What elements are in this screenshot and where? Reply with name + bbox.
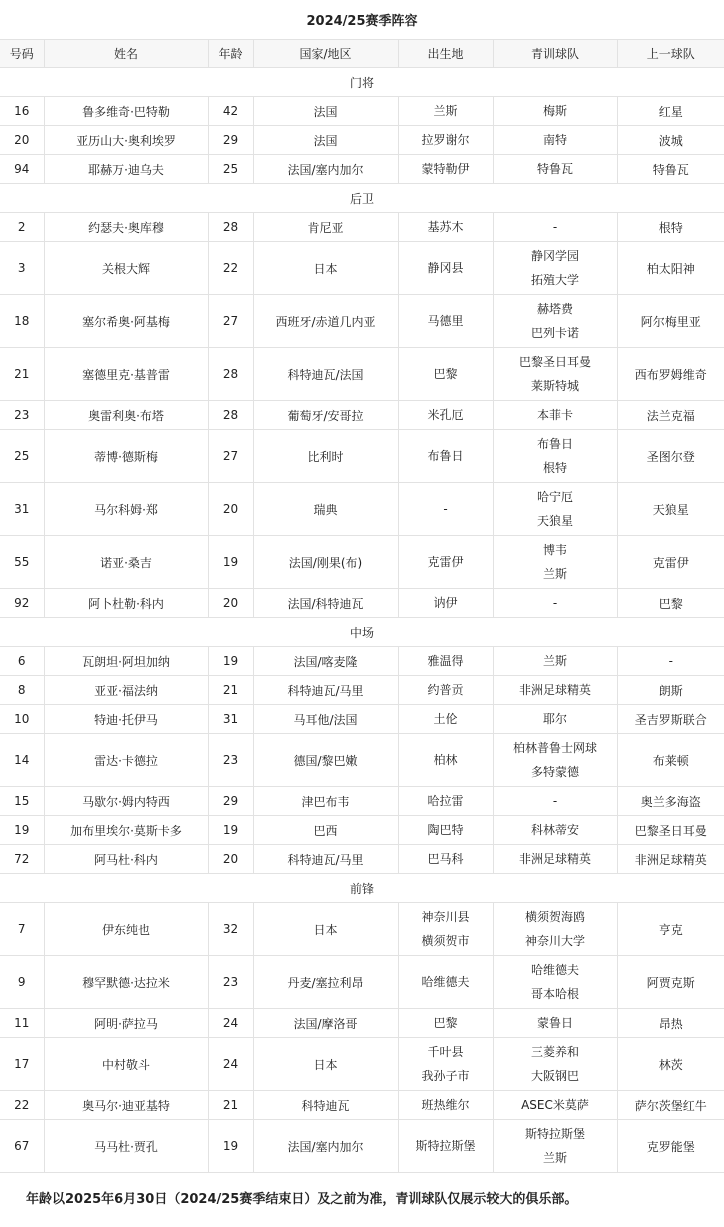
previous-club-cell: - — [617, 647, 724, 676]
squad-table: 号码 姓名 年龄 国家/地区 出生地 青训球队 上一球队 门将16鲁多维奇·巴特… — [0, 39, 724, 1173]
nation-cell: 巴西 — [253, 816, 398, 845]
birthplace-cell: 柏林 — [398, 734, 493, 787]
youth-club-cell-line: 科林蒂安 — [496, 818, 615, 842]
name-cell: 亚历山大·奥利埃罗 — [44, 126, 208, 155]
number-cell: 20 — [0, 126, 44, 155]
birthplace-cell-line: 土伦 — [401, 707, 491, 731]
birthplace-cell-line: 讷伊 — [401, 591, 491, 615]
name-cell: 约瑟夫·奥库穆 — [44, 213, 208, 242]
birthplace-cell-line: 班热维尔 — [401, 1093, 491, 1117]
birthplace-cell-line: 巴黎 — [401, 362, 491, 386]
birthplace-cell: 神奈川县横须贺市 — [398, 903, 493, 956]
youth-club-cell: - — [493, 787, 617, 816]
table-row: 6瓦朗坦·阿坦加纳19法国/喀麦隆雅温得兰斯- — [0, 647, 724, 676]
birthplace-cell: 马德里 — [398, 295, 493, 348]
section-row: 门将 — [0, 68, 724, 97]
birthplace-cell: 千叶县我孙子市 — [398, 1038, 493, 1091]
number-cell: 72 — [0, 845, 44, 874]
birthplace-cell-line: 我孙子市 — [401, 1064, 491, 1088]
youth-club-cell: 哈宁厄天狼星 — [493, 483, 617, 536]
birthplace-cell-line: 蒙特勒伊 — [401, 157, 491, 181]
section-label: 后卫 — [0, 184, 724, 213]
birthplace-cell: 蒙特勒伊 — [398, 155, 493, 184]
youth-club-cell-line: - — [496, 215, 615, 239]
age-cell: 29 — [208, 126, 253, 155]
name-cell: 塞尔希奥·阿基梅 — [44, 295, 208, 348]
previous-club-cell: 克罗能堡 — [617, 1120, 724, 1173]
age-cell: 19 — [208, 1120, 253, 1173]
youth-club-cell: 本菲卡 — [493, 401, 617, 430]
birthplace-cell-line: 马德里 — [401, 309, 491, 333]
table-row: 20亚历山大·奥利埃罗29法国拉罗谢尔南特波城 — [0, 126, 724, 155]
name-cell: 穆罕默德·达拉米 — [44, 956, 208, 1009]
nation-cell: 科特迪瓦/法国 — [253, 348, 398, 401]
youth-club-cell: 科林蒂安 — [493, 816, 617, 845]
table-row: 92阿卜杜勒·科内20法国/科特迪瓦讷伊-巴黎 — [0, 589, 724, 618]
name-cell: 加布里埃尔·莫斯卡多 — [44, 816, 208, 845]
nation-cell: 法国/塞内加尔 — [253, 1120, 398, 1173]
birthplace-cell-line: 巴黎 — [401, 1011, 491, 1035]
col-header-nation: 国家/地区 — [253, 40, 398, 68]
section-label: 前锋 — [0, 874, 724, 903]
table-row: 15马歇尔·姆内特西29津巴布韦哈拉雷-奥兰多海盗 — [0, 787, 724, 816]
previous-club-cell: 克雷伊 — [617, 536, 724, 589]
youth-club-cell-line: 静冈学园 — [496, 244, 615, 268]
name-cell: 瓦朗坦·阿坦加纳 — [44, 647, 208, 676]
table-row: 2约瑟夫·奥库穆28肯尼亚基苏木-根特 — [0, 213, 724, 242]
number-cell: 6 — [0, 647, 44, 676]
nation-cell: 日本 — [253, 1038, 398, 1091]
youth-club-cell-line: 哈宁厄 — [496, 485, 615, 509]
youth-club-cell-line: 耶尔 — [496, 707, 615, 731]
youth-club-cell-line: 神奈川大学 — [496, 929, 615, 953]
previous-club-cell: 特鲁瓦 — [617, 155, 724, 184]
age-cell: 23 — [208, 956, 253, 1009]
youth-club-cell-line: 兰斯 — [496, 1146, 615, 1170]
birthplace-cell: 拉罗谢尔 — [398, 126, 493, 155]
youth-club-cell-line: 非洲足球精英 — [496, 847, 615, 871]
previous-club-cell: 根特 — [617, 213, 724, 242]
previous-club-cell: 林茨 — [617, 1038, 724, 1091]
nation-cell: 法国 — [253, 126, 398, 155]
nation-cell: 科特迪瓦/马里 — [253, 845, 398, 874]
youth-club-cell-line: 布鲁日 — [496, 432, 615, 456]
number-cell: 11 — [0, 1009, 44, 1038]
youth-club-cell-line: 特鲁瓦 — [496, 157, 615, 181]
previous-club-cell: 奥兰多海盗 — [617, 787, 724, 816]
youth-club-cell-line: 博韦 — [496, 538, 615, 562]
youth-club-cell: 布鲁日根特 — [493, 430, 617, 483]
youth-club-cell: 梅斯 — [493, 97, 617, 126]
age-cell: 29 — [208, 787, 253, 816]
nation-cell: 日本 — [253, 903, 398, 956]
number-cell: 31 — [0, 483, 44, 536]
table-row: 21塞德里克·基普雷28科特迪瓦/法国巴黎巴黎圣日耳曼莱斯特城西布罗姆维奇 — [0, 348, 724, 401]
name-cell: 马歇尔·姆内特西 — [44, 787, 208, 816]
birthplace-cell: 约普贡 — [398, 676, 493, 705]
nation-cell: 西班牙/赤道几内亚 — [253, 295, 398, 348]
youth-club-cell: 三菱养和大阪钢巴 — [493, 1038, 617, 1091]
birthplace-cell-line: - — [401, 497, 491, 521]
previous-club-cell: 阿贾克斯 — [617, 956, 724, 1009]
birthplace-cell: 米孔厄 — [398, 401, 493, 430]
youth-club-cell-line: 兰斯 — [496, 562, 615, 586]
birthplace-cell: 巴马科 — [398, 845, 493, 874]
birthplace-cell-line: 斯特拉斯堡 — [401, 1134, 491, 1158]
number-cell: 67 — [0, 1120, 44, 1173]
youth-club-cell-line: 巴列卡诺 — [496, 321, 615, 345]
name-cell: 诺亚·桑吉 — [44, 536, 208, 589]
number-cell: 94 — [0, 155, 44, 184]
age-cell: 20 — [208, 845, 253, 874]
table-row: 14雷达·卡德拉23德国/黎巴嫩柏林柏林普鲁士网球多特蒙德布莱顿 — [0, 734, 724, 787]
number-cell: 21 — [0, 348, 44, 401]
birthplace-cell-line: 基苏木 — [401, 215, 491, 239]
age-cell: 21 — [208, 676, 253, 705]
youth-club-cell-line: 拓殖大学 — [496, 268, 615, 292]
youth-club-cell: 横须贺海鸥神奈川大学 — [493, 903, 617, 956]
nation-cell: 法国/刚果(布) — [253, 536, 398, 589]
table-row: 3关根大辉22日本静冈县静冈学园拓殖大学柏太阳神 — [0, 242, 724, 295]
number-cell: 2 — [0, 213, 44, 242]
number-cell: 10 — [0, 705, 44, 734]
youth-club-cell-line: 赫塔费 — [496, 297, 615, 321]
section-row: 前锋 — [0, 874, 724, 903]
name-cell: 阿卜杜勒·科内 — [44, 589, 208, 618]
youth-club-cell-line: 莱斯特城 — [496, 374, 615, 398]
previous-club-cell: 昂热 — [617, 1009, 724, 1038]
previous-club-cell: 非洲足球精英 — [617, 845, 724, 874]
age-cell: 42 — [208, 97, 253, 126]
youth-club-cell-line: 多特蒙德 — [496, 760, 615, 784]
age-cell: 25 — [208, 155, 253, 184]
nation-cell: 津巴布韦 — [253, 787, 398, 816]
previous-club-cell: 波城 — [617, 126, 724, 155]
age-cell: 28 — [208, 213, 253, 242]
youth-club-cell: 非洲足球精英 — [493, 845, 617, 874]
youth-club-cell-line: - — [496, 591, 615, 615]
youth-club-cell-line: 哥本哈根 — [496, 982, 615, 1006]
col-header-youth-club: 青训球队 — [493, 40, 617, 68]
birthplace-cell-line: 米孔厄 — [401, 403, 491, 427]
table-row: 72阿马杜·科内20科特迪瓦/马里巴马科非洲足球精英非洲足球精英 — [0, 845, 724, 874]
youth-club-cell: 斯特拉斯堡兰斯 — [493, 1120, 617, 1173]
age-cell: 19 — [208, 647, 253, 676]
birthplace-cell: 雅温得 — [398, 647, 493, 676]
section-row: 中场 — [0, 618, 724, 647]
youth-club-cell-line: 斯特拉斯堡 — [496, 1122, 615, 1146]
birthplace-cell-line: 陶巴特 — [401, 818, 491, 842]
table-row: 8亚亚·福法纳21科特迪瓦/马里约普贡非洲足球精英朗斯 — [0, 676, 724, 705]
nation-cell: 科特迪瓦 — [253, 1091, 398, 1120]
name-cell: 特迪·托伊马 — [44, 705, 208, 734]
birthplace-cell: 巴黎 — [398, 348, 493, 401]
youth-club-cell: 特鲁瓦 — [493, 155, 617, 184]
name-cell: 奥雷利奥·布塔 — [44, 401, 208, 430]
birthplace-cell-line: 哈拉雷 — [401, 789, 491, 813]
birthplace-cell-line: 巴马科 — [401, 847, 491, 871]
birthplace-cell: 讷伊 — [398, 589, 493, 618]
nation-cell: 葡萄牙/安哥拉 — [253, 401, 398, 430]
number-cell: 92 — [0, 589, 44, 618]
col-header-name: 姓名 — [44, 40, 208, 68]
age-cell: 22 — [208, 242, 253, 295]
col-header-number: 号码 — [0, 40, 44, 68]
table-row: 18塞尔希奥·阿基梅27西班牙/赤道几内亚马德里赫塔费巴列卡诺阿尔梅里亚 — [0, 295, 724, 348]
name-cell: 雷达·卡德拉 — [44, 734, 208, 787]
nation-cell: 法国/塞内加尔 — [253, 155, 398, 184]
previous-club-cell: 天狼星 — [617, 483, 724, 536]
age-cell: 21 — [208, 1091, 253, 1120]
footnote: 年龄以2025年6月30日（2024/25赛季结束日）及之前为准，青训球队仅展示… — [0, 1173, 724, 1207]
age-cell: 24 — [208, 1038, 253, 1091]
number-cell: 8 — [0, 676, 44, 705]
header-row: 号码 姓名 年龄 国家/地区 出生地 青训球队 上一球队 — [0, 40, 724, 68]
birthplace-cell: 哈拉雷 — [398, 787, 493, 816]
age-cell: 28 — [208, 401, 253, 430]
birthplace-cell: 陶巴特 — [398, 816, 493, 845]
youth-club-cell-line: 柏林普鲁士网球 — [496, 736, 615, 760]
age-cell: 23 — [208, 734, 253, 787]
name-cell: 阿明·萨拉马 — [44, 1009, 208, 1038]
birthplace-cell: 布鲁日 — [398, 430, 493, 483]
youth-club-cell-line: 南特 — [496, 128, 615, 152]
birthplace-cell-line: 横须贺市 — [401, 929, 491, 953]
age-cell: 19 — [208, 816, 253, 845]
section-label: 门将 — [0, 68, 724, 97]
name-cell: 马尔科姆·郑 — [44, 483, 208, 536]
previous-club-cell: 朗斯 — [617, 676, 724, 705]
table-row: 55诺亚·桑吉19法国/刚果(布)克雷伊博韦兰斯克雷伊 — [0, 536, 724, 589]
table-row: 19加布里埃尔·莫斯卡多19巴西陶巴特科林蒂安巴黎圣日耳曼 — [0, 816, 724, 845]
nation-cell: 比利时 — [253, 430, 398, 483]
name-cell: 亚亚·福法纳 — [44, 676, 208, 705]
age-cell: 19 — [208, 536, 253, 589]
number-cell: 15 — [0, 787, 44, 816]
birthplace-cell-line: 兰斯 — [401, 99, 491, 123]
number-cell: 19 — [0, 816, 44, 845]
birthplace-cell: 土伦 — [398, 705, 493, 734]
youth-club-cell: 巴黎圣日耳曼莱斯特城 — [493, 348, 617, 401]
section-label: 中场 — [0, 618, 724, 647]
previous-club-cell: 柏太阳神 — [617, 242, 724, 295]
table-title: 2024/25赛季阵容 — [0, 0, 724, 39]
previous-club-cell: 法兰克福 — [617, 401, 724, 430]
age-cell: 27 — [208, 295, 253, 348]
name-cell: 马马杜·贾孔 — [44, 1120, 208, 1173]
nation-cell: 马耳他/法国 — [253, 705, 398, 734]
number-cell: 7 — [0, 903, 44, 956]
previous-club-cell: 巴黎 — [617, 589, 724, 618]
youth-club-cell: 博韦兰斯 — [493, 536, 617, 589]
age-cell: 31 — [208, 705, 253, 734]
name-cell: 塞德里克·基普雷 — [44, 348, 208, 401]
birthplace-cell-line: 约普贡 — [401, 678, 491, 702]
table-row: 23奥雷利奥·布塔28葡萄牙/安哥拉米孔厄本菲卡法兰克福 — [0, 401, 724, 430]
name-cell: 奥马尔·迪亚基特 — [44, 1091, 208, 1120]
age-cell: 20 — [208, 483, 253, 536]
number-cell: 17 — [0, 1038, 44, 1091]
birthplace-cell: 班热维尔 — [398, 1091, 493, 1120]
birthplace-cell: 哈维德夫 — [398, 956, 493, 1009]
youth-club-cell-line: 根特 — [496, 456, 615, 480]
nation-cell: 法国 — [253, 97, 398, 126]
nation-cell: 丹麦/塞拉利昂 — [253, 956, 398, 1009]
youth-club-cell: 兰斯 — [493, 647, 617, 676]
previous-club-cell: 圣图尔登 — [617, 430, 724, 483]
number-cell: 14 — [0, 734, 44, 787]
youth-club-cell-line: - — [496, 789, 615, 813]
number-cell: 25 — [0, 430, 44, 483]
birthplace-cell-line: 柏林 — [401, 748, 491, 772]
table-row: 67马马杜·贾孔19法国/塞内加尔斯特拉斯堡斯特拉斯堡兰斯克罗能堡 — [0, 1120, 724, 1173]
youth-club-cell: 静冈学园拓殖大学 — [493, 242, 617, 295]
number-cell: 55 — [0, 536, 44, 589]
youth-club-cell-line: 天狼星 — [496, 509, 615, 533]
youth-club-cell: 非洲足球精英 — [493, 676, 617, 705]
birthplace-cell-line: 拉罗谢尔 — [401, 128, 491, 152]
birthplace-cell-line: 神奈川县 — [401, 905, 491, 929]
name-cell: 关根大辉 — [44, 242, 208, 295]
youth-club-cell-line: 非洲足球精英 — [496, 678, 615, 702]
previous-club-cell: 圣吉罗斯联合 — [617, 705, 724, 734]
number-cell: 18 — [0, 295, 44, 348]
birthplace-cell: 巴黎 — [398, 1009, 493, 1038]
birthplace-cell-line: 布鲁日 — [401, 444, 491, 468]
name-cell: 伊东纯也 — [44, 903, 208, 956]
nation-cell: 肯尼亚 — [253, 213, 398, 242]
youth-club-cell: 耶尔 — [493, 705, 617, 734]
nation-cell: 法国/喀麦隆 — [253, 647, 398, 676]
nation-cell: 法国/科特迪瓦 — [253, 589, 398, 618]
squad-body: 门将16鲁多维奇·巴特勒42法国兰斯梅斯红星20亚历山大·奥利埃罗29法国拉罗谢… — [0, 68, 724, 1173]
table-row: 7伊东纯也32日本神奈川县横须贺市横须贺海鸥神奈川大学亨克 — [0, 903, 724, 956]
youth-club-cell-line: 大阪钢巴 — [496, 1064, 615, 1088]
birthplace-cell: 克雷伊 — [398, 536, 493, 589]
number-cell: 3 — [0, 242, 44, 295]
name-cell: 蒂博·德斯梅 — [44, 430, 208, 483]
previous-club-cell: 巴黎圣日耳曼 — [617, 816, 724, 845]
table-row: 11阿明·萨拉马24法国/摩洛哥巴黎蒙鲁日昂热 — [0, 1009, 724, 1038]
birthplace-cell: 斯特拉斯堡 — [398, 1120, 493, 1173]
birthplace-cell: 静冈县 — [398, 242, 493, 295]
number-cell: 22 — [0, 1091, 44, 1120]
youth-club-cell-line: 兰斯 — [496, 649, 615, 673]
birthplace-cell-line: 千叶县 — [401, 1040, 491, 1064]
name-cell: 阿马杜·科内 — [44, 845, 208, 874]
youth-club-cell-line: 三菱养和 — [496, 1040, 615, 1064]
youth-club-cell: 哈维德夫哥本哈根 — [493, 956, 617, 1009]
nation-cell: 德国/黎巴嫩 — [253, 734, 398, 787]
youth-club-cell: 蒙鲁日 — [493, 1009, 617, 1038]
youth-club-cell: - — [493, 213, 617, 242]
birthplace-cell: - — [398, 483, 493, 536]
youth-club-cell-line: 哈维德夫 — [496, 958, 615, 982]
age-cell: 20 — [208, 589, 253, 618]
nation-cell: 日本 — [253, 242, 398, 295]
birthplace-cell-line: 静冈县 — [401, 256, 491, 280]
youth-club-cell: - — [493, 589, 617, 618]
youth-club-cell-line: 梅斯 — [496, 99, 615, 123]
table-row: 17中村敬斗24日本千叶县我孙子市三菱养和大阪钢巴林茨 — [0, 1038, 724, 1091]
age-cell: 24 — [208, 1009, 253, 1038]
youth-club-cell: 赫塔费巴列卡诺 — [493, 295, 617, 348]
previous-club-cell: 西布罗姆维奇 — [617, 348, 724, 401]
previous-club-cell: 布莱顿 — [617, 734, 724, 787]
nation-cell: 科特迪瓦/马里 — [253, 676, 398, 705]
table-row: 25蒂博·德斯梅27比利时布鲁日布鲁日根特圣图尔登 — [0, 430, 724, 483]
age-cell: 27 — [208, 430, 253, 483]
section-row: 后卫 — [0, 184, 724, 213]
birthplace-cell: 兰斯 — [398, 97, 493, 126]
name-cell: 中村敬斗 — [44, 1038, 208, 1091]
col-header-birthplace: 出生地 — [398, 40, 493, 68]
col-header-age: 年龄 — [208, 40, 253, 68]
number-cell: 16 — [0, 97, 44, 126]
table-row: 10特迪·托伊马31马耳他/法国土伦耶尔圣吉罗斯联合 — [0, 705, 724, 734]
birthplace-cell: 基苏木 — [398, 213, 493, 242]
youth-club-cell-line: 横须贺海鸥 — [496, 905, 615, 929]
youth-club-cell-line: 本菲卡 — [496, 403, 615, 427]
table-row: 31马尔科姆·郑20瑞典-哈宁厄天狼星天狼星 — [0, 483, 724, 536]
table-row: 16鲁多维奇·巴特勒42法国兰斯梅斯红星 — [0, 97, 724, 126]
nation-cell: 瑞典 — [253, 483, 398, 536]
youth-club-cell: 柏林普鲁士网球多特蒙德 — [493, 734, 617, 787]
youth-club-cell-line: ASEC米莫萨 — [496, 1093, 615, 1117]
age-cell: 32 — [208, 903, 253, 956]
name-cell: 鲁多维奇·巴特勒 — [44, 97, 208, 126]
number-cell: 23 — [0, 401, 44, 430]
age-cell: 28 — [208, 348, 253, 401]
youth-club-cell: 南特 — [493, 126, 617, 155]
previous-club-cell: 亨克 — [617, 903, 724, 956]
youth-club-cell-line: 巴黎圣日耳曼 — [496, 350, 615, 374]
birthplace-cell-line: 雅温得 — [401, 649, 491, 673]
col-header-previous-club: 上一球队 — [617, 40, 724, 68]
table-row: 9穆罕默德·达拉米23丹麦/塞拉利昂哈维德夫哈维德夫哥本哈根阿贾克斯 — [0, 956, 724, 1009]
previous-club-cell: 红星 — [617, 97, 724, 126]
number-cell: 9 — [0, 956, 44, 1009]
table-row: 22奥马尔·迪亚基特21科特迪瓦班热维尔ASEC米莫萨萨尔茨堡红牛 — [0, 1091, 724, 1120]
previous-club-cell: 萨尔茨堡红牛 — [617, 1091, 724, 1120]
birthplace-cell-line: 克雷伊 — [401, 550, 491, 574]
birthplace-cell-line: 哈维德夫 — [401, 970, 491, 994]
youth-club-cell: ASEC米莫萨 — [493, 1091, 617, 1120]
table-row: 94耶赫万·迪乌夫25法国/塞内加尔蒙特勒伊特鲁瓦特鲁瓦 — [0, 155, 724, 184]
nation-cell: 法国/摩洛哥 — [253, 1009, 398, 1038]
name-cell: 耶赫万·迪乌夫 — [44, 155, 208, 184]
youth-club-cell-line: 蒙鲁日 — [496, 1011, 615, 1035]
previous-club-cell: 阿尔梅里亚 — [617, 295, 724, 348]
